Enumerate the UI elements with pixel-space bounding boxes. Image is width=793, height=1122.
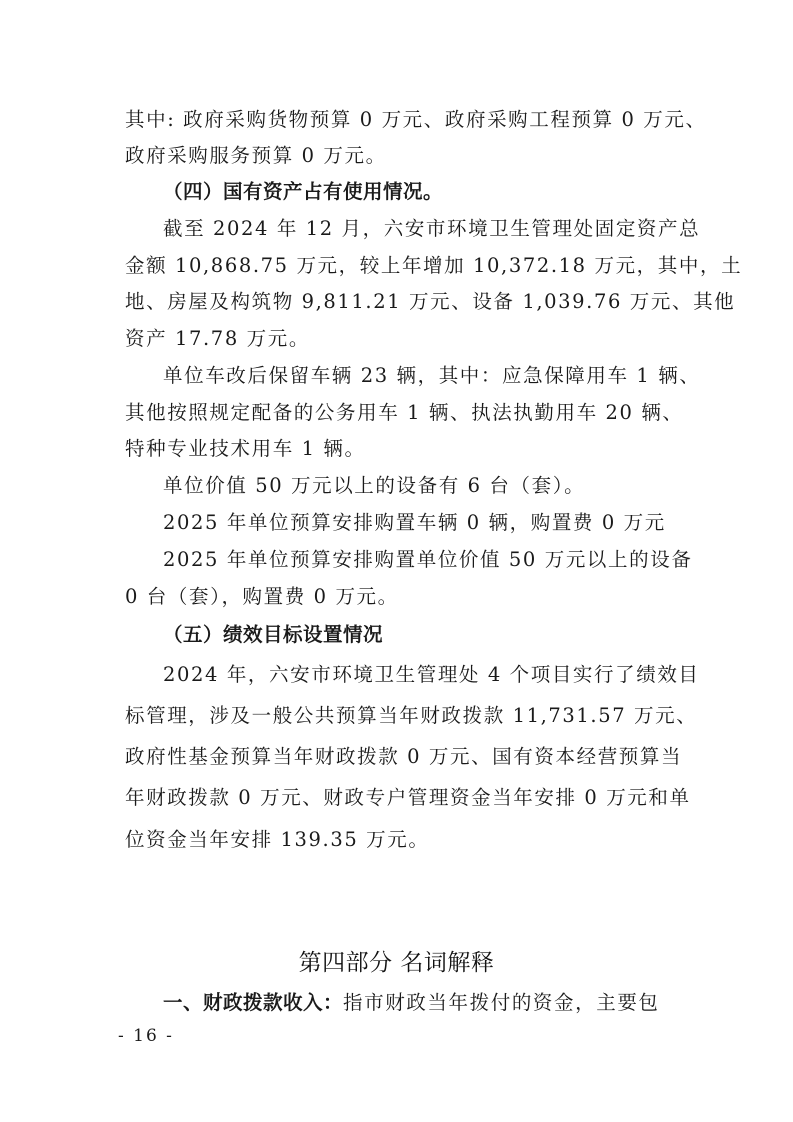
paragraph-line: 标管理，涉及一般公共预算当年财政拨款 11,731.57 万元、: [125, 704, 670, 728]
paragraph-line: 2024 年，六安市环境卫生管理处 4 个项目实行了绩效目: [163, 663, 708, 687]
paragraph-line: 0 台（套），购置费 0 万元。: [125, 585, 670, 609]
paragraph-line: 2025 年单位预算安排购置车辆 0 辆，购置费 0 万元: [163, 511, 708, 535]
paragraph-line: 其中: 政府采购货物预算 0 万元、政府采购工程预算 0 万元、: [125, 108, 670, 132]
paragraph-line: 资产 17.78 万元。: [125, 327, 670, 351]
paragraph-line: 金额 10,868.75 万元，较上年增加 10,372.18 万元，其中，土: [125, 254, 670, 278]
subsection-heading-performance: （五）绩效目标设置情况: [163, 623, 708, 647]
paragraph-line: 年财政拨款 0 万元、财政专户管理资金当年安排 0 万元和单: [125, 786, 670, 810]
paragraph-line: 地、房屋及构筑物 9,811.21 万元、设备 1,039.76 万元、其他: [125, 290, 670, 314]
paragraph-line: 其他按照规定配备的公务用车 1 辆、执法执勤用车 20 辆、: [125, 401, 670, 425]
paragraph-line: 政府性基金预算当年财政拨款 0 万元、国有资本经营预算当: [125, 745, 670, 769]
paragraph-line: 2025 年单位预算安排购置单位价值 50 万元以上的设备: [163, 548, 708, 572]
paragraph-line: 单位车改后保留车辆 23 辆，其中：应急保障用车 1 辆、: [163, 364, 708, 388]
definition-term: 一、财政拨款收入：: [163, 991, 343, 1014]
paragraph-line: 特种专业技术用车 1 辆。: [125, 437, 670, 461]
definition-line: 一、财政拨款收入：指市财政当年拨付的资金，主要包: [163, 991, 708, 1015]
subsection-heading-assets: （四）国有资产占有使用情况。: [163, 180, 708, 204]
definition-text: 指市财政当年拨付的资金，主要包: [343, 991, 660, 1014]
paragraph-line: 政府采购服务预算 0 万元。: [125, 144, 670, 168]
paragraph-line: 截至 2024 年 12 月，六安市环境卫生管理处固定资产总: [163, 217, 708, 241]
section-title: 第四部分 名词解释: [0, 949, 793, 977]
page-number: - 16 -: [118, 1025, 174, 1047]
paragraph-line: 位资金当年安排 139.35 万元。: [125, 828, 670, 852]
paragraph-line: 单位价值 50 万元以上的设备有 6 台（套）。: [163, 474, 708, 498]
